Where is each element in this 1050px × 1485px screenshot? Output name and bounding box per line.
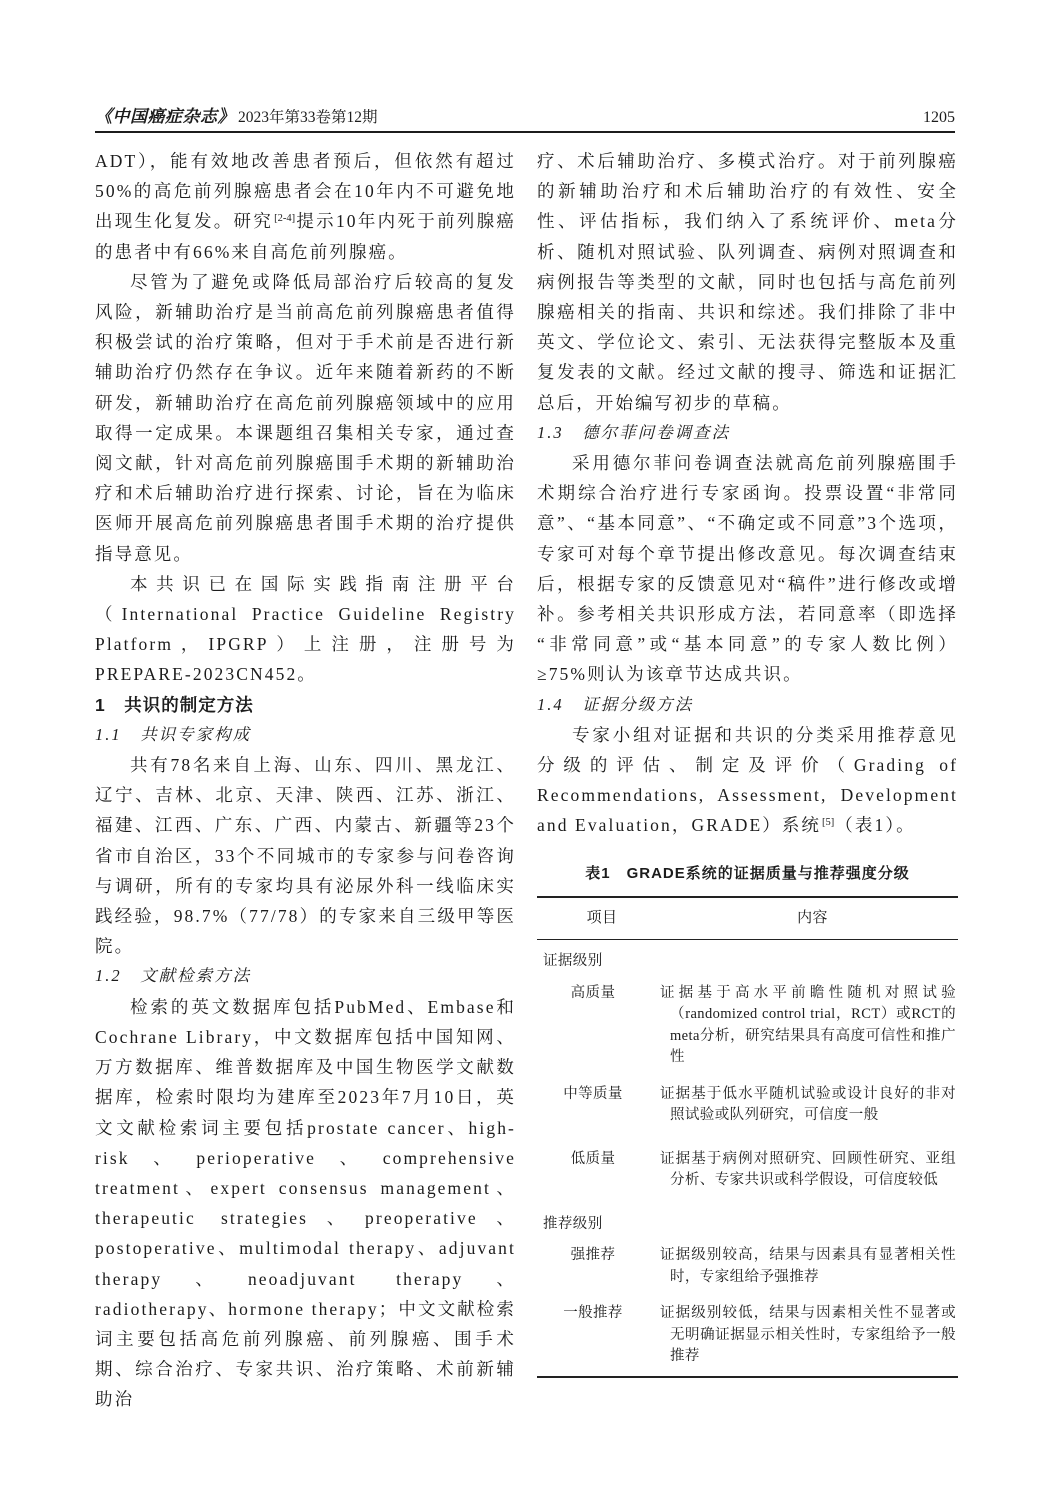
table-cell-item: 强推荐 xyxy=(537,1245,649,1288)
table-cell-item: 一般推荐 xyxy=(537,1303,649,1368)
table-cell-item: 高质量 xyxy=(537,983,649,1069)
table-header-content: 内容 xyxy=(667,903,958,933)
paragraph-delphi-method: 采用德尔菲问卷调查法就高危前列腺癌围手术期综合治疗进行专家函询。投票设置“非常同… xyxy=(537,448,958,690)
subsection-heading-1-4: 1.4 证据分级方法 xyxy=(537,690,958,720)
paragraph-literature-search: 检索的英文数据库包括PubMed、Embase和Cochrane Library… xyxy=(95,992,516,1415)
table-header-item: 项目 xyxy=(537,903,667,933)
reference-marker-5: [5] xyxy=(821,817,835,828)
table-cell-content: 证据级别较低，结果与因素相关性不显著或无明确证据显示相关性时，专家组给予一般推荐 xyxy=(649,1303,958,1368)
table-row-medium-quality: 中等质量 证据基于低水平随机试验或设计良好的非对照试验或队列研究，可信度一般 xyxy=(537,1084,958,1127)
table-row-strong-recommendation: 强推荐 证据级别较高，结果与因素具有显著相关性时，专家组给予强推荐 xyxy=(537,1245,958,1288)
paragraph-neoadjuvant-controversy: 尽管为了避免或降低局部治疗后较高的复发风险，新辅助治疗是当前高危前列腺癌患者值得… xyxy=(95,267,516,569)
paragraph-text-segment: （表1）。 xyxy=(835,815,916,835)
table-body: 证据级别 高质量 证据基于高水平前瞻性随机对照试验（randomized con… xyxy=(537,940,958,1378)
table-cell-content: 证据基于低水平随机试验或设计良好的非对照试验或队列研究，可信度一般 xyxy=(649,1084,958,1127)
paragraph-adt-recurrence: ADT），能有效地改善患者预后，但依然有超过50%的高危前列腺癌患者会在10年内… xyxy=(95,146,516,267)
subsection-heading-1-3: 1.3 德尔菲问卷调查法 xyxy=(537,418,958,448)
journal-info: 《中国癌症杂志》2023年第33卷第12期 xyxy=(95,102,378,127)
table-group-recommendation-level: 推荐级别 xyxy=(537,1214,958,1236)
table-cell-content: 证据基于高水平前瞻性随机对照试验（randomized control tria… xyxy=(649,983,958,1069)
table-group-evidence-level: 证据级别 xyxy=(537,951,958,973)
table-row-low-quality: 低质量 证据基于病例对照研究、回顾性研究、亚组分析、专家共识或科学假设，可信度较… xyxy=(537,1149,958,1192)
table-cell-item: 中等质量 xyxy=(537,1084,649,1127)
paragraph-grade-system: 专家小组对证据和共识的分类采用推荐意见分级的评估、制定及评价（Grading o… xyxy=(537,720,958,841)
table-header-row: 项目 内容 xyxy=(537,896,958,940)
subsection-heading-1-2: 1.2 文献检索方法 xyxy=(95,961,516,991)
table-row-high-quality: 高质量 证据基于高水平前瞻性随机对照试验（randomized control … xyxy=(537,983,958,1069)
subsection-heading-1-1: 1.1 共识专家构成 xyxy=(95,720,516,750)
journal-name: 《中国癌症杂志》 xyxy=(95,107,235,126)
right-column: 疗、术后辅助治疗、多模式治疗。对于前列腺癌的新辅助治疗和术后辅助治疗的有效性、安… xyxy=(537,146,958,1378)
paragraph-registration: 本共识已在国际实践指南注册平台（International Practice G… xyxy=(95,569,516,690)
running-head: 《中国癌症杂志》2023年第33卷第12期 1205 xyxy=(95,102,955,127)
page-number: 1205 xyxy=(923,109,955,127)
journal-page: 《中国癌症杂志》2023年第33卷第12期 1205 ADT），能有效地改善患者… xyxy=(0,0,1050,1485)
table-title: 表1 GRADE系统的证据质量与推荐强度分级 xyxy=(537,859,958,889)
journal-issue: 2023年第33卷第12期 xyxy=(238,109,378,126)
header-rule xyxy=(95,131,955,133)
reference-marker-2-4: [2-4] xyxy=(273,213,296,224)
left-column: ADT），能有效地改善患者预后，但依然有超过50%的高危前列腺癌患者会在10年内… xyxy=(95,146,516,1415)
paragraph-literature-search-continued: 疗、术后辅助治疗、多模式治疗。对于前列腺癌的新辅助治疗和术后辅助治疗的有效性、安… xyxy=(537,146,958,418)
section-heading-1: 1 共识的制定方法 xyxy=(95,690,516,720)
table-cell-content: 证据基于病例对照研究、回顾性研究、亚组分析、专家共识或科学假设，可信度较低 xyxy=(649,1149,958,1192)
paragraph-expert-composition: 共有78名来自上海、山东、四川、黑龙江、辽宁、吉林、北京、天津、陕西、江苏、浙江… xyxy=(95,750,516,961)
table-cell-item: 低质量 xyxy=(537,1149,649,1192)
table-row-general-recommendation: 一般推荐 证据级别较低，结果与因素相关性不显著或无明确证据显示相关性时，专家组给… xyxy=(537,1303,958,1368)
table-grade-levels: 表1 GRADE系统的证据质量与推荐强度分级 项目 内容 证据级别 高质量 证据… xyxy=(537,859,958,1378)
table-cell-content: 证据级别较高，结果与因素具有显著相关性时，专家组给予强推荐 xyxy=(649,1245,958,1288)
